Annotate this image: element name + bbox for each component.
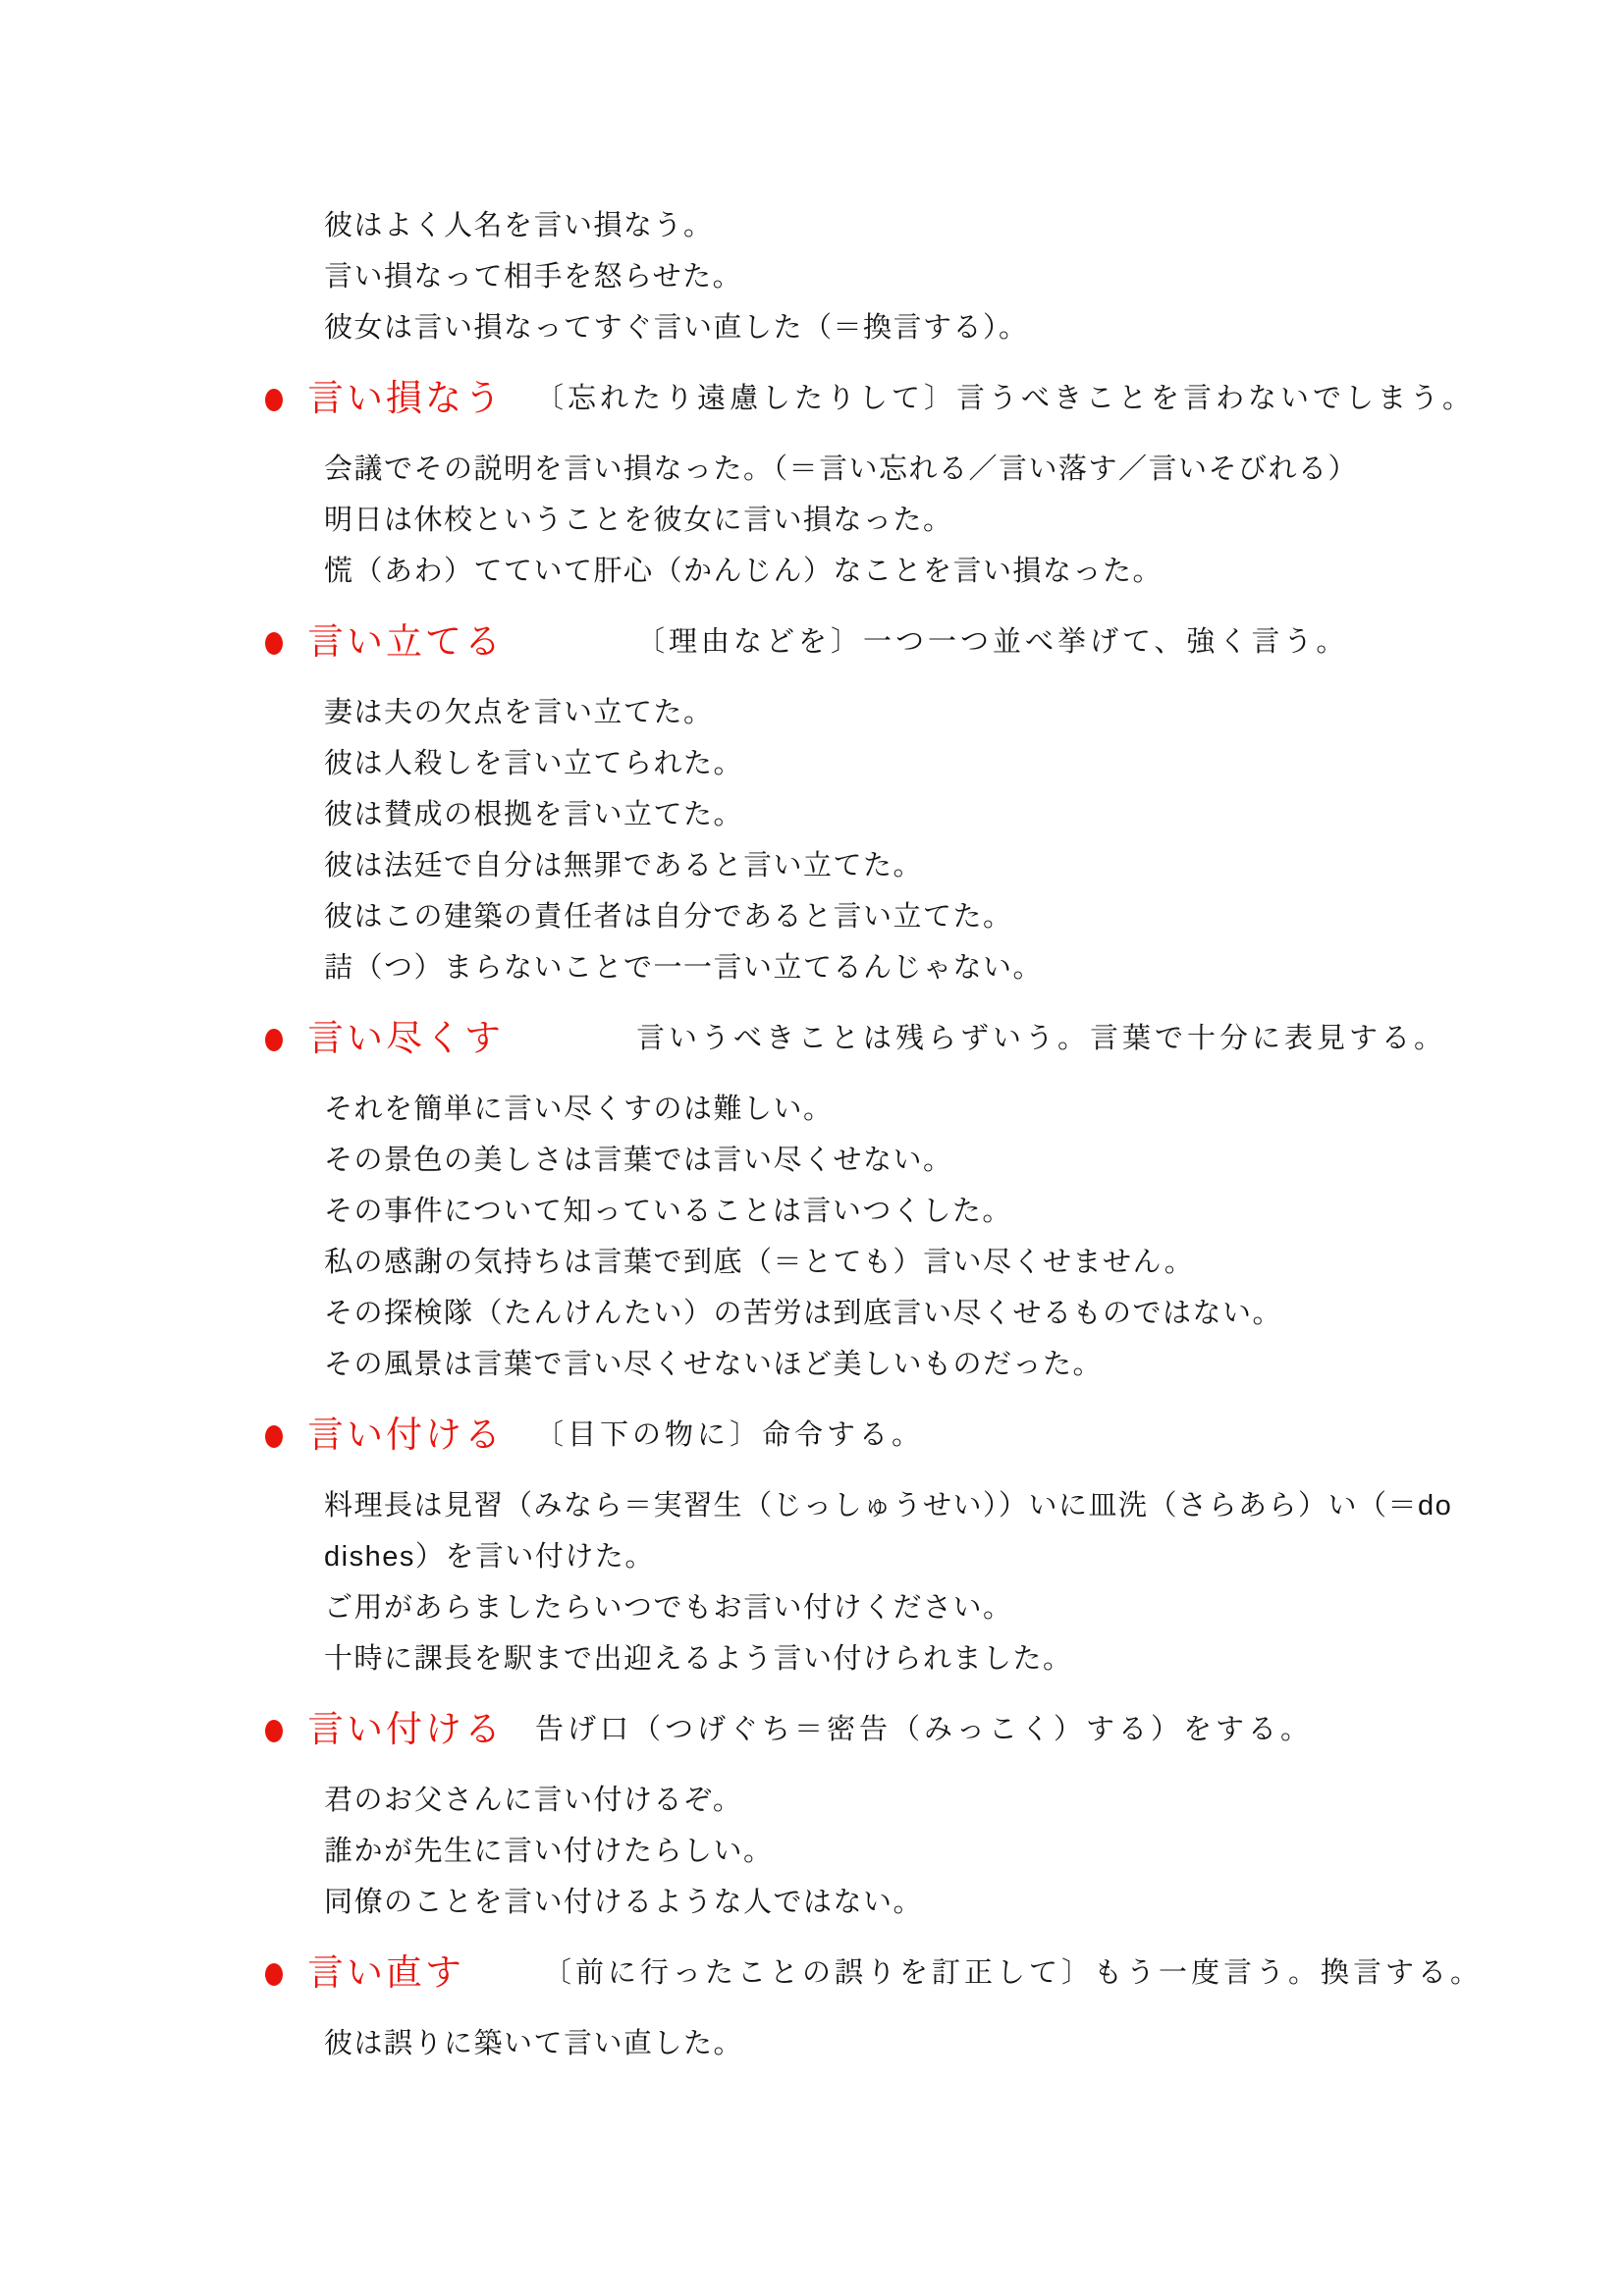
- bullet-icon: [265, 1963, 283, 1986]
- entry-definition: 言いうべきことは残らずいう。言葉で十分に表見する。: [636, 1013, 1446, 1064]
- example-sentence: 会議でその説明を言い損なった。（＝言い忘れる／言い落す／言いそびれる）: [324, 444, 1516, 495]
- example-sentence: 同僚のことを言い付けるような人ではない。: [324, 1877, 1516, 1928]
- entry-examples: 君のお父さんに言い付けるぞ。 誰かが先生に言い付けたらしい。 同僚のことを言い付…: [265, 1775, 1516, 1928]
- example-sentence: それを簡単に言い尽くすのは難しい。: [324, 1084, 1516, 1135]
- entry-heading: 言い損なう 〔忘れたり遠慮したりして〕言うべきことを言わないでしまう。: [265, 373, 1516, 424]
- entry-examples: 料理長は見習（みなら＝実習生（じっしゅうせい））いに皿洗（さらあら）い（＝do …: [265, 1480, 1516, 1684]
- entry-headword: 言い付ける: [307, 1410, 504, 1461]
- example-sentence: 彼はよく人名を言い損なう。: [324, 200, 1516, 251]
- example-sentence: ご用があらましたらいつでもお言い付けください。: [324, 1582, 1516, 1633]
- bullet-icon: [265, 1425, 283, 1448]
- entry-examples: 妻は夫の欠点を言い立てた。 彼は人殺しを言い立てられた。 彼は賛成の根拠を言い立…: [265, 687, 1516, 993]
- entry-headword: 言い損なう: [307, 373, 504, 424]
- example-sentence: 言い損なって相手を怒らせた。: [324, 251, 1516, 302]
- entry-heading: 言い立てる 〔理由などを〕一つ一つ並べ挙げて、強く言う。: [265, 616, 1516, 667]
- entry-headword: 言い立てる: [307, 616, 504, 667]
- entry-heading: 言い尽くす 言いうべきことは残らずいう。言葉で十分に表見する。: [265, 1013, 1516, 1064]
- entry-section-iinaosu: 言い直す 〔前に行ったことの誤りを訂正して〕もう一度言う。換言する。 彼は誤りに…: [265, 1948, 1516, 2069]
- entry-examples: 会議でその説明を言い損なった。（＝言い忘れる／言い落す／言いそびれる） 明日は休…: [265, 444, 1516, 597]
- entry-section-iitsukeru-2: 言い付ける 告げ口（つげぐち＝密告（みっこく）する）をする。 君のお父さんに言い…: [265, 1704, 1516, 1928]
- example-sentence: その探検隊（たんけんたい）の苦労は到底言い尽くせるものではない。: [324, 1288, 1516, 1339]
- example-sentence: 料理長は見習（みなら＝実習生（じっしゅうせい））いに皿洗（さらあら）い（＝do …: [324, 1480, 1516, 1582]
- bullet-icon: [265, 632, 283, 655]
- entry-examples: それを簡単に言い尽くすのは難しい。 その景色の美しさは言葉では言い尽くせない。 …: [265, 1084, 1516, 1390]
- bullet-icon: [265, 1720, 283, 1742]
- example-sentence: 私の感謝の気持ちは言葉で到底（＝とても）言い尽くせません。: [324, 1237, 1516, 1288]
- example-sentence: その風景は言葉で言い尽くせないほど美しいものだった。: [324, 1339, 1516, 1390]
- entry-definition: 〔忘れたり遠慮したりして〕言うべきことを言わないでしまう。: [535, 373, 1475, 424]
- example-sentence: 彼は賛成の根拠を言い立てた。: [324, 789, 1516, 840]
- entry-headword: 言い付ける: [307, 1704, 504, 1755]
- entry-definition: 〔前に行ったことの誤りを訂正して〕もう一度言う。換言する。: [543, 1948, 1483, 1999]
- entry-heading: 言い付ける 告げ口（つげぐち＝密告（みっこく）する）をする。: [265, 1704, 1516, 1755]
- example-sentence: その事件について知っていることは言いつくした。: [324, 1186, 1516, 1237]
- example-sentence: 君のお父さんに言い付けるぞ。: [324, 1775, 1516, 1826]
- entry-heading: 言い付ける 〔目下の物に〕命令する。: [265, 1410, 1516, 1461]
- example-sentence: 彼は法廷で自分は無罪であると言い立てた。: [324, 840, 1516, 891]
- entry-section-iitsukeru-1: 言い付ける 〔目下の物に〕命令する。 料理長は見習（みなら＝実習生（じっしゅうせ…: [265, 1410, 1516, 1684]
- example-sentence: 十時に課長を駅まで出迎えるよう言い付けられました。: [324, 1633, 1516, 1684]
- example-sentence: 彼は誤りに築いて言い直した。: [324, 2018, 1516, 2069]
- entry-heading: 言い直す 〔前に行ったことの誤りを訂正して〕もう一度言う。換言する。: [265, 1948, 1516, 1999]
- example-sentence: 妻は夫の欠点を言い立てた。: [324, 687, 1516, 738]
- bullet-icon: [265, 1029, 283, 1051]
- document-page: 彼はよく人名を言い損なう。 言い損なって相手を怒らせた。 彼女は言い損なってすぐ…: [0, 0, 1624, 2296]
- example-sentence: 彼女は言い損なってすぐ言い直した（＝換言する）。: [324, 302, 1516, 353]
- example-sentence: 詰（つ）まらないことで一一言い立てるんじゃない。: [324, 942, 1516, 993]
- entry-definition: 〔理由などを〕一つ一つ並べ挙げて、強く言う。: [636, 616, 1348, 667]
- entry-headword: 言い尽くす: [307, 1013, 504, 1064]
- entry-headword: 言い直す: [307, 1948, 464, 1999]
- entry-section-iitsukusu: 言い尽くす 言いうべきことは残らずいう。言葉で十分に表見する。 それを簡単に言い…: [265, 1013, 1516, 1390]
- example-sentence: その景色の美しさは言葉では言い尽くせない。: [324, 1135, 1516, 1186]
- bullet-icon: [265, 389, 283, 411]
- entry-section-iitateru: 言い立てる 〔理由などを〕一つ一つ並べ挙げて、強く言う。 妻は夫の欠点を言い立て…: [265, 616, 1516, 993]
- example-sentence: 彼はこの建築の責任者は自分であると言い立てた。: [324, 891, 1516, 942]
- example-sentence: 慌（あわ）てていて肝心（かんじん）なことを言い損なった。: [324, 546, 1516, 597]
- entry-section-iisokonau: 言い損なう 〔忘れたり遠慮したりして〕言うべきことを言わないでしまう。 会議でそ…: [265, 373, 1516, 597]
- entry-definition: 〔目下の物に〕命令する。: [535, 1410, 924, 1461]
- entry-examples: 彼は誤りに築いて言い直した。: [265, 2018, 1516, 2069]
- example-sentence: 誰かが先生に言い付けたらしい。: [324, 1826, 1516, 1877]
- intro-examples: 彼はよく人名を言い損なう。 言い損なって相手を怒らせた。 彼女は言い損なってすぐ…: [265, 200, 1516, 353]
- entry-definition: 告げ口（つげぐち＝密告（みっこく）する）をする。: [535, 1704, 1313, 1755]
- example-sentence: 明日は休校ということを彼女に言い損なった。: [324, 495, 1516, 546]
- example-sentence: 彼は人殺しを言い立てられた。: [324, 738, 1516, 789]
